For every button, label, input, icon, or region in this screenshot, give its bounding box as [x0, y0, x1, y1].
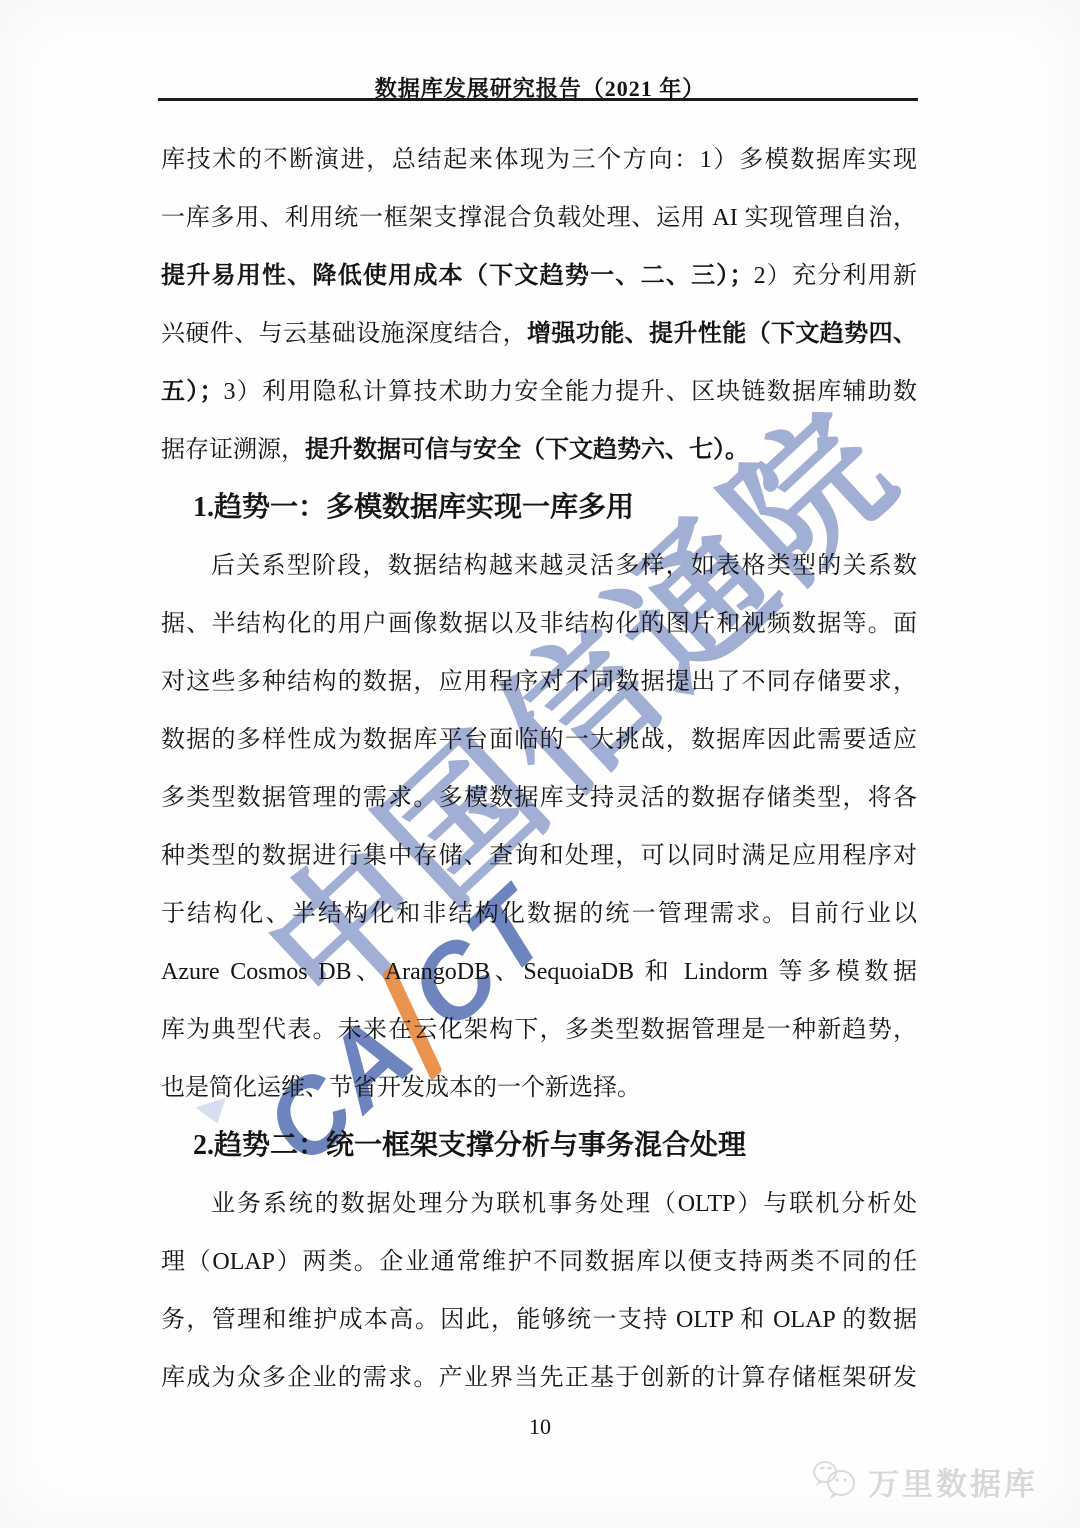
page-number: 10: [0, 1414, 1080, 1440]
text-line: 据、半结构化的用户画像数据以及非结构化的图片和视频数据等。面: [161, 595, 917, 653]
text-run: 后关系型阶段，数据结构越来越灵活多样，如表格类型的关系数: [211, 553, 917, 579]
text-run-bold: 提升数据可信与安全（下文趋势六、七）。: [305, 436, 749, 463]
text-line: 也是简化运维、节省开发成本的一个新选择。: [161, 1059, 917, 1117]
text-line: 提升易用性、降低使用成本（下文趋势一、二、三）；2）充分利用新: [161, 247, 917, 305]
section-heading-1: 1.趋势一：多模数据库实现一库多用: [161, 479, 917, 537]
text-line: 后关系型阶段，数据结构越来越灵活多样，如表格类型的关系数: [161, 537, 917, 595]
text-line: Azure Cosmos DB、ArangoDB、SequoiaDB 和 Lin…: [161, 943, 917, 1001]
text-line: 对这些多种结构的数据，应用程序对不同数据提出了不同存储要求，: [161, 653, 917, 711]
text-run-bold: 五）；: [161, 378, 223, 405]
text-line: 种类型的数据进行集中存储、查询和处理，可以同时满足应用程序对: [161, 827, 917, 885]
brand-watermark: 万里数据库: [810, 1458, 1038, 1504]
text-run: 也是简化运维、节省开发成本的一个新选择。: [161, 1075, 641, 1101]
text-line: 多类型数据管理的需求。多模数据库支持灵活的数据存储类型，将各: [161, 769, 917, 827]
text-run: Azure Cosmos DB、ArangoDB、SequoiaDB 和 Lin…: [161, 959, 917, 985]
text-line: 五）；3）利用隐私计算技术助力安全能力提升、区块链数据库辅助数: [161, 363, 917, 421]
text-run-bold: 增强功能、提升性能（下文趋势四、: [527, 320, 917, 347]
text-line: 库技术的不断演进，总结起来体现为三个方向：1）多模数据库实现: [161, 131, 917, 189]
text-run: 多类型数据管理的需求。多模数据库支持灵活的数据存储类型，将各: [161, 785, 917, 811]
text-line: 库为典型代表。未来在云化架构下，多类型数据管理是一种新趋势，: [161, 1001, 917, 1059]
text-run: 据存证溯源，: [161, 437, 305, 463]
text-line: 一库多用、利用统一框架支撑混合负载处理、运用 AI 实现管理自治，: [161, 189, 917, 247]
text-line: 业务系统的数据处理分为联机事务处理（OLTP）与联机分析处: [161, 1175, 917, 1233]
text-run: 数据的多样性成为数据库平台面临的一大挑战，数据库因此需要适应: [161, 727, 917, 753]
text-run-bold: 提升易用性、降低使用成本（下文趋势一、二、三）；: [161, 262, 754, 289]
text-line: 据存证溯源，提升数据可信与安全（下文趋势六、七）。: [161, 421, 917, 479]
text-run: 3）利用隐私计算技术助力安全能力提升、区块链数据库辅助数: [223, 379, 917, 405]
text-run: 库技术的不断演进，总结起来体现为三个方向：1）多模数据库实现: [161, 147, 917, 173]
text-run: 业务系统的数据处理分为联机事务处理（OLTP）与联机分析处: [211, 1191, 917, 1217]
text-line: 于结构化、半结构化和非结构化数据的统一管理需求。目前行业以: [161, 885, 917, 943]
text-run: 库成为众多企业的需求。产业界当先正基于创新的计算存储框架研发: [161, 1365, 917, 1391]
section-heading-2: 2.趋势二：统一框架支撑分析与事务混合处理: [161, 1117, 917, 1175]
wechat-bubbles-icon: [810, 1458, 862, 1504]
header-divider: [158, 98, 918, 101]
text-run: 据、半结构化的用户画像数据以及非结构化的图片和视频数据等。面: [161, 611, 917, 637]
text-run: 理（OLAP）两类。企业通常维护不同数据库以便支持两类不同的任: [161, 1249, 917, 1275]
text-run: 库为典型代表。未来在云化架构下，多类型数据管理是一种新趋势，: [161, 1017, 917, 1043]
text-run: 于结构化、半结构化和非结构化数据的统一管理需求。目前行业以: [161, 901, 917, 927]
text-run: 兴硬件、与云基础设施深度结合，: [161, 321, 527, 347]
text-line: 务，管理和维护成本高。因此，能够统一支持 OLTP 和 OLAP 的数据: [161, 1291, 917, 1349]
document-page: 中国信通院 CA CT 数据库发展研究报告（2021 年） 库技术的不断演进，总…: [0, 0, 1080, 1528]
text-line: 兴硬件、与云基础设施深度结合，增强功能、提升性能（下文趋势四、: [161, 305, 917, 363]
text-line: 数据的多样性成为数据库平台面临的一大挑战，数据库因此需要适应: [161, 711, 917, 769]
document-body: 库技术的不断演进，总结起来体现为三个方向：1）多模数据库实现 一库多用、利用统一…: [161, 131, 917, 1407]
text-run: 一库多用、利用统一框架支撑混合负载处理、运用 AI 实现管理自治，: [161, 205, 917, 231]
text-run: 种类型的数据进行集中存储、查询和处理，可以同时满足应用程序对: [161, 843, 917, 869]
text-run: 对这些多种结构的数据，应用程序对不同数据提出了不同存储要求，: [161, 669, 917, 695]
text-line: 库成为众多企业的需求。产业界当先正基于创新的计算存储框架研发: [161, 1349, 917, 1407]
brand-name: 万里数据库: [868, 1459, 1038, 1504]
text-run: 2）充分利用新: [754, 263, 917, 289]
text-line: 理（OLAP）两类。企业通常维护不同数据库以便支持两类不同的任: [161, 1233, 917, 1291]
text-run: 务，管理和维护成本高。因此，能够统一支持 OLTP 和 OLAP 的数据: [161, 1307, 917, 1333]
